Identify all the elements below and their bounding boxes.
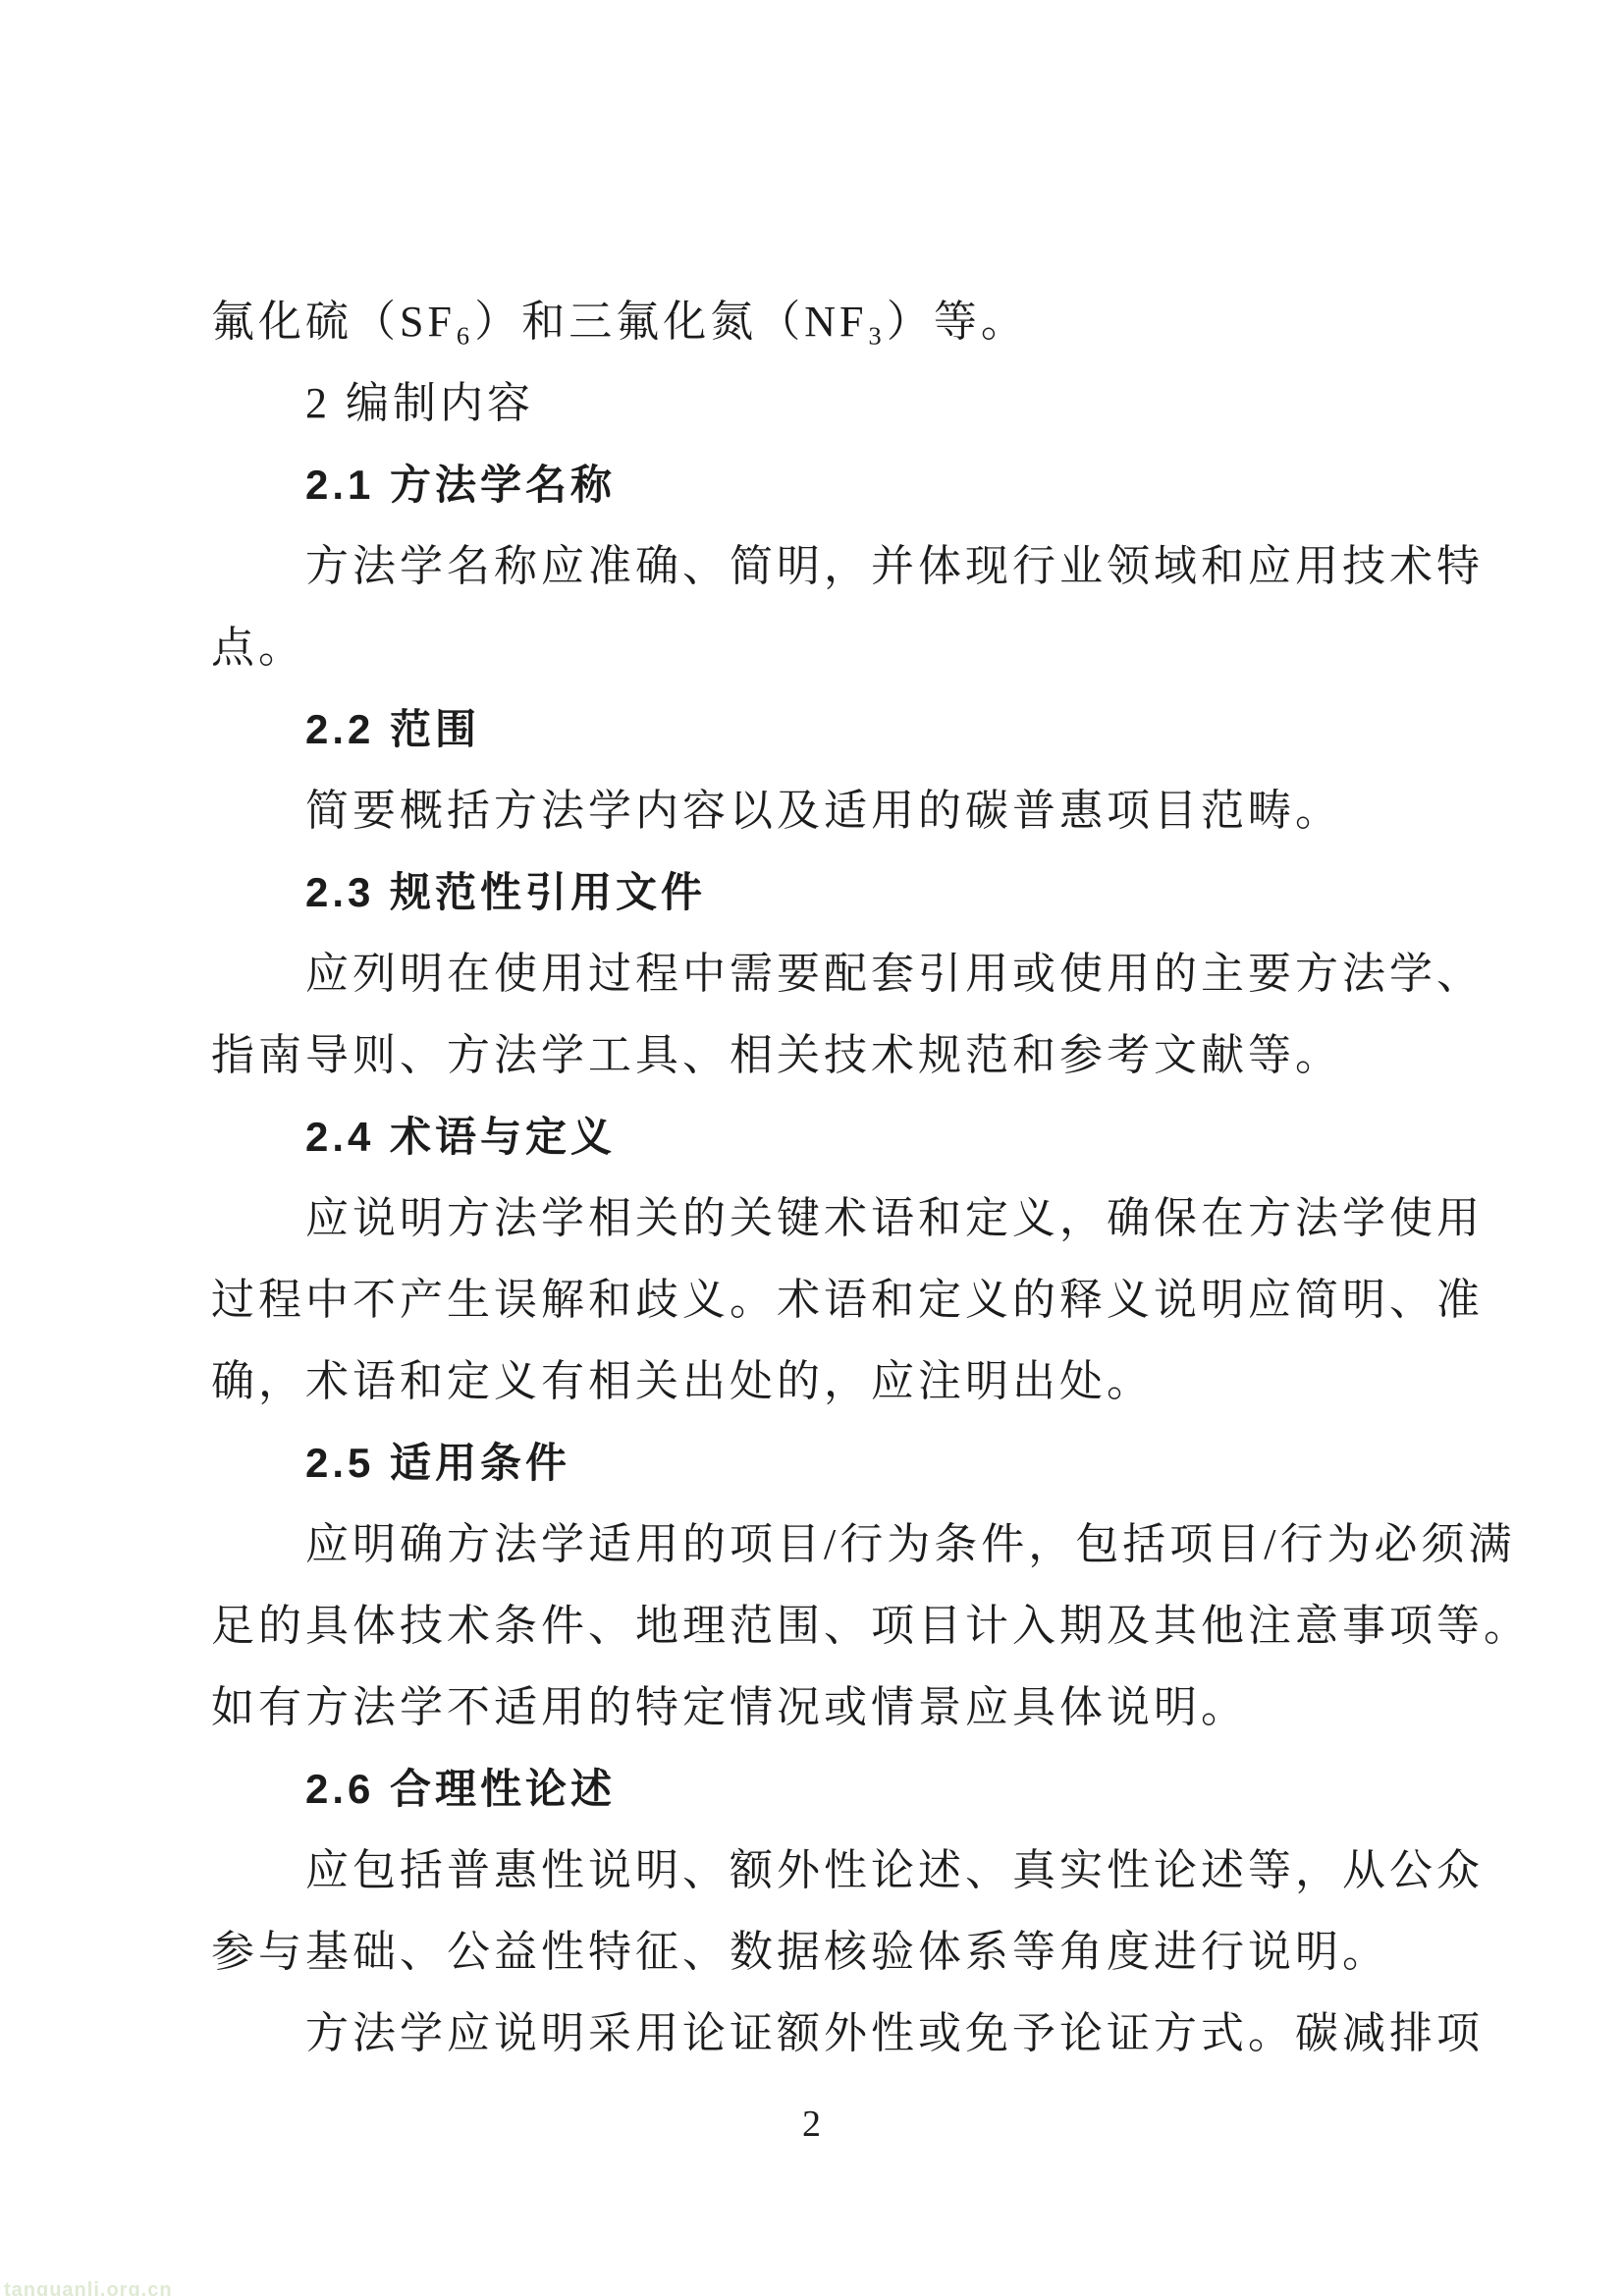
section-title: 2 编制内容 [211,362,1527,444]
paragraph: 应明确方法学适用的项目/行为条件，包括项目/行为必须满 足的具体技术条件、地理范… [211,1503,1527,1748]
paragraph: 简要概括方法学内容以及适用的碳普惠项目范畴。 [211,770,1527,851]
paragraph: 方法学应说明采用论证额外性或免予论证方式。碳减排项 [211,1993,1527,2074]
paragraph: 应说明方法学相关的关键术语和定义，确保在方法学使用 过程中不产生误解和歧义。术语… [211,1177,1527,1422]
subsection-heading-2-2: 2.2 范围 [211,688,1527,770]
page-content: 氟化硫（SF₆）和三氟化氮（NF₃）等。 2 编制内容 2.1 方法学名称 方法… [211,281,1527,2074]
paragraph: 应列明在使用过程中需要配套引用或使用的主要方法学、 指南导则、方法学工具、相关技… [211,933,1527,1096]
subsection-heading-2-3: 2.3 规范性引用文件 [211,851,1527,933]
page-number: 2 [0,2102,1623,2147]
paragraph: 应包括普惠性说明、额外性论述、真实性论述等，从公众 参与基础、公益性特征、数据核… [211,1830,1527,1993]
subsection-heading-2-6: 2.6 合理性论述 [211,1748,1527,1830]
document-page: 氟化硫（SF₆）和三氟化氮（NF₃）等。 2 编制内容 2.1 方法学名称 方法… [0,0,1623,2296]
subsection-heading-2-4: 2.4 术语与定义 [211,1096,1527,1177]
watermark: tanguanli.org.cn [4,2279,173,2296]
paragraph: 方法学名称应准确、简明，并体现行业领域和应用技术特 点。 [211,525,1527,688]
subsection-heading-2-1: 2.1 方法学名称 [211,444,1527,525]
paragraph-continuation: 氟化硫（SF₆）和三氟化氮（NF₃）等。 [211,281,1527,362]
subsection-heading-2-5: 2.5 适用条件 [211,1422,1527,1503]
